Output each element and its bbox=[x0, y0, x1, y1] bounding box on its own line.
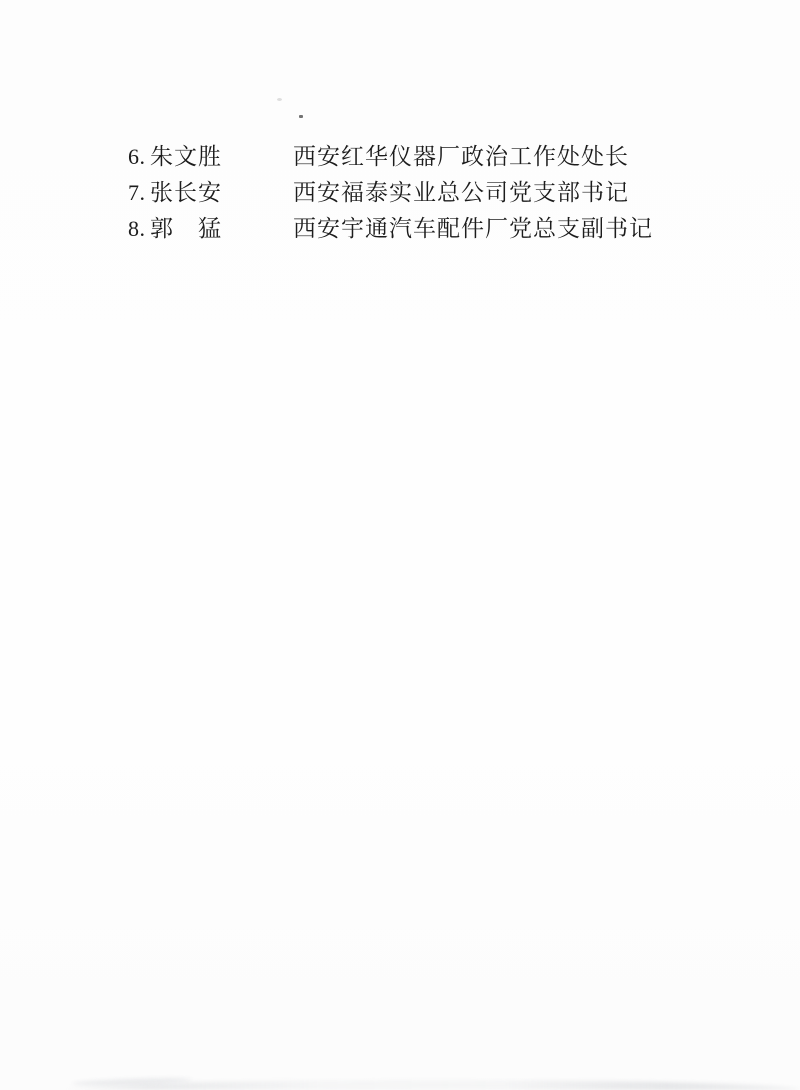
entry-name: 张长安 bbox=[150, 175, 222, 211]
entry-organization: 西安福泰实业总公司党支部书记 bbox=[293, 175, 629, 211]
list-item: 7. 张长安 西安福泰实业总公司党支部书记 bbox=[128, 175, 653, 211]
entry-number: 6. bbox=[128, 139, 150, 175]
scan-speck-faint bbox=[277, 98, 282, 101]
entry-organization: 西安宇通汽车配件厂党总支副书记 bbox=[293, 211, 653, 247]
entry-number-name: 7. 张长安 bbox=[128, 175, 293, 211]
entry-name: 朱文胜 bbox=[150, 139, 222, 175]
entry-number-name: 8. 郭 猛 bbox=[128, 211, 293, 247]
roster-list: 6. 朱文胜 西安红华仪器厂政治工作处处长 7. 张长安 西安福泰实业总公司党支… bbox=[128, 139, 653, 247]
list-item: 8. 郭 猛 西安宇通汽车配件厂党总支副书记 bbox=[128, 211, 653, 247]
scanned-page-background: 6. 朱文胜 西安红华仪器厂政治工作处处长 7. 张长安 西安福泰实业总公司党支… bbox=[0, 0, 800, 1090]
entry-number: 8. bbox=[128, 211, 150, 247]
entry-organization: 西安红华仪器厂政治工作处处长 bbox=[293, 139, 629, 175]
scan-speck-dark bbox=[299, 115, 303, 118]
entry-name: 郭 猛 bbox=[150, 211, 222, 247]
entry-number-name: 6. 朱文胜 bbox=[128, 139, 293, 175]
entry-number: 7. bbox=[128, 175, 150, 211]
list-item: 6. 朱文胜 西安红华仪器厂政治工作处处长 bbox=[128, 139, 653, 175]
